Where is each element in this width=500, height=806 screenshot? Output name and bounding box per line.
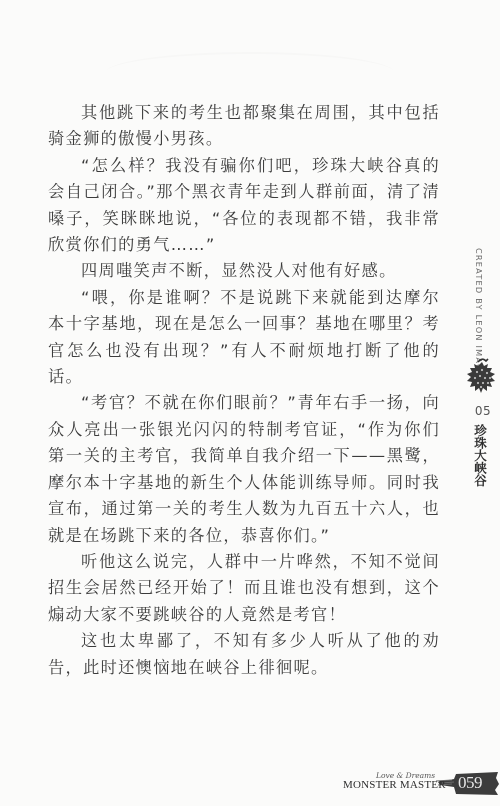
paragraph: 听他这么说完，人群中一片哗然，不知不觉间招生会居然已经开始了！而且谁也没有想到，… xyxy=(48,549,440,628)
paragraph: 这也太卑鄙了，不知有多少人听从了他的劝告，此时还懊恼地在峡谷上徘徊呢。 xyxy=(48,628,440,681)
chapter-title: 珍珠大峡谷 xyxy=(473,424,486,487)
spiky-ball-icon xyxy=(466,356,498,396)
paragraph: 其他跳下来的考生也都聚集在周围，其中包括骑金狮的傲慢小男孩。 xyxy=(48,100,440,153)
background-watermark xyxy=(105,52,395,94)
paragraph: “怎么样？我没有骗你们吧，珍珠大峡谷真的会自己闭合。”那个黑衣青年走到人群前面，… xyxy=(48,153,440,259)
page-number: 059 xyxy=(458,773,482,793)
chapter-sidebar: CREATED BY LEON IMAGE 05 珍珠大峡谷 xyxy=(466,244,498,489)
paragraph: 四周嗤笑声不断，显然没人对他有好感。 xyxy=(48,258,440,284)
series-brand: MONSTER MASTER xyxy=(343,779,446,791)
page-body: 其他跳下来的考生也都聚集在周围，其中包括骑金狮的傲慢小男孩。 “怎么样？我没有骗… xyxy=(48,100,440,681)
paragraph: “考官？不就在你们眼前？”青年右手一扬，向众人亮出一张银光闪闪的特制考官证，“作… xyxy=(48,390,440,548)
page-footer: Love & Dreams MONSTER MASTER 059 xyxy=(340,770,500,798)
chapter-number: 05 xyxy=(470,404,496,418)
paragraph: “喂，你是谁啊？不是说跳下来就能到达摩尔本十字基地，现在是怎么一回事？基地在哪里… xyxy=(48,285,440,391)
